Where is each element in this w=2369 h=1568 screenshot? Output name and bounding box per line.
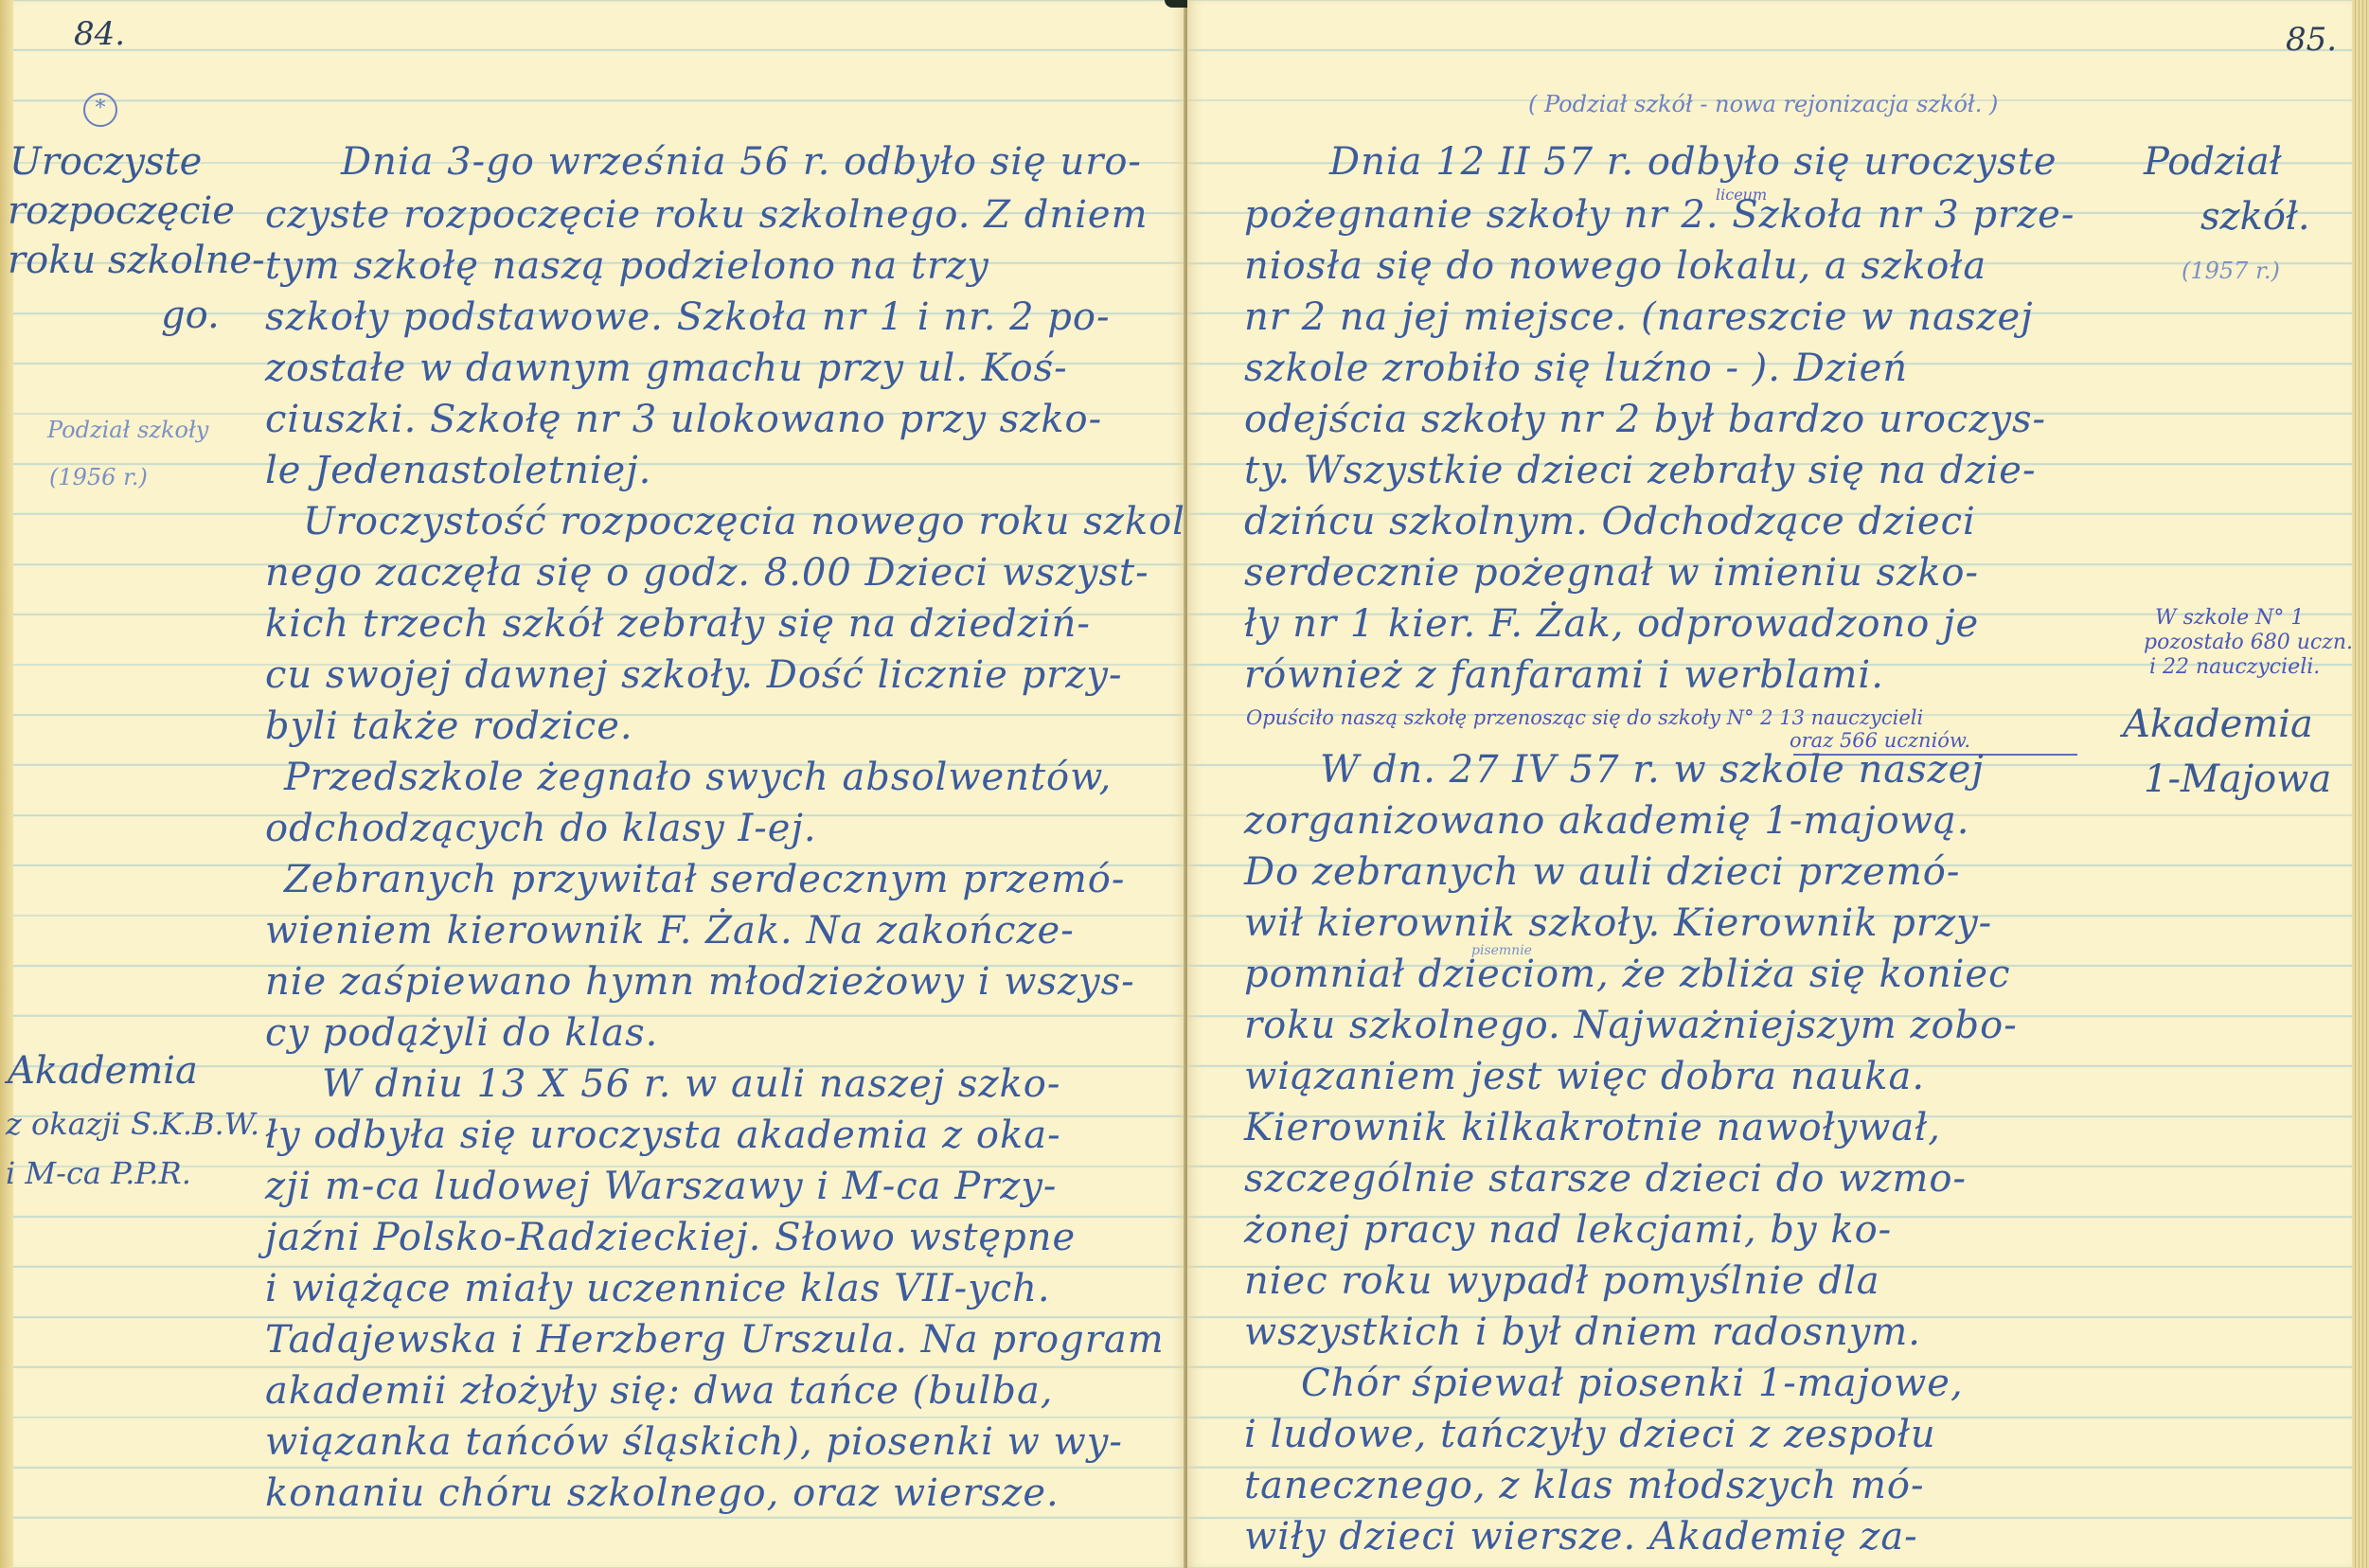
margin-heading-line: i M-ca P.P.R. [6,1155,191,1191]
text-line: cy podążyli do klas. [265,1011,658,1055]
text-line: odchodzących do klasy I-ej. [265,807,817,850]
text-line: wszystkich i był dniem radosnym. [1244,1310,1921,1354]
text-line: Dnia 3-go września 56 r. odbyło się uro- [341,140,1142,184]
text-line: dzińcu szkolnym. Odchodzące dzieci [1244,500,1976,543]
text-line: szczególnie starsze dzieci do wzmo- [1244,1157,1967,1201]
text-line: zji m-ca ludowej Warszawy i M-ca Przy- [265,1165,1057,1208]
text-line: również z fanfarami i werblami. [1244,653,1884,697]
page-number-left: 84. [74,15,125,53]
text-line: szkole zrobiło się luźno - ). Dzień [1244,347,1908,390]
text-line: wiązanka tańców śląskich), piosenki w wy… [265,1420,1123,1464]
text-line: Kierownik kilkakrotnie nawoływał, [1244,1106,1941,1149]
text-line: Chór śpiewał piosenki 1-majowe, [1301,1362,1964,1405]
right-page-edge [2352,0,2369,1568]
text-line: serdecznie pożegnał w imieniu szko- [1244,551,1979,595]
margin-heading-line: rozpoczęcie [8,189,235,233]
text-line: Tadajewska i Herzberg Urszula. Na progra… [265,1318,1165,1362]
text-line: W dniu 13 X 56 r. w auli naszej szko- [322,1062,1060,1106]
margin-heading-line: Podział [2144,140,2282,184]
margin-small-note: W szkole N° 1 [2155,606,2304,630]
text-line: wiły dzieci wiersze. Akademię za- [1244,1515,1918,1559]
text-line: konaniu chóru szkolnego, oraz wiersze. [265,1471,1060,1515]
text-line: Zebranych przywitał serdecznym przemó- [284,858,1125,901]
text-line: niosła się do nowego lokalu, a szkoła [1244,244,1986,288]
circled-asterisk-icon: * [83,93,117,127]
right-page: 85. ( Podział szkół - nowa rejonizacja s… [1187,0,2369,1568]
text-line: żonej pracy nad lekcjami, by ko- [1244,1208,1892,1252]
text-line: roku szkolnego. Najważniejszym zobo- [1244,1004,2018,1047]
text-line: nego zaczęła się o godz. 8.00 Dzieci wsz… [265,551,1149,595]
notebook-spread: 84. * Uroczyste rozpoczęcie roku szkolne… [0,0,2369,1568]
text-line: akademii złożyły się: dwa tańce (bulba, [265,1369,1054,1413]
text-line: i ludowe, tańczyły dzieci z zespołu [1244,1413,1936,1456]
text-line: Do zebranych w auli dzieci przemó- [1244,850,1960,894]
text-line: ciuszki. Szkołę nr 3 ulokowano przy szko… [265,398,1102,441]
margin-heading-line: roku szkolne- [8,239,265,282]
margin-small-note: i 22 nauczycieli. [2149,655,2320,679]
inserted-note: Opuściło naszą szkołę przenosząc się do … [1246,706,1923,729]
text-line: zostałe w dawnym gmachu przy ul. Koś- [265,347,1068,390]
text-line: cu swojej dawnej szkoły. Dość licznie pr… [265,653,1122,697]
text-line: zorganizowano akademię 1-majową. [1244,799,1969,843]
text-line: pożegnanie szkoły nr 2. Szkoła nr 3 prze… [1244,193,2075,237]
margin-heading-line: 1-Majowa [2144,757,2331,801]
text-line: i wiążące miały uczennice klas VII-ych. [265,1267,1051,1310]
left-page: 84. * Uroczyste rozpoczęcie roku szkolne… [0,0,1185,1568]
text-line: Uroczystość rozpoczęcia nowego roku szko… [303,500,1200,543]
text-line: le Jedenastoletniej. [265,449,651,492]
text-line: jaźni Polsko-Radzieckiej. Słowo wstępne [265,1216,1076,1259]
text-line: wił kierownik szkoły. Kierownik przy- [1244,901,1992,945]
text-line: nie zaśpiewano hymn młodzieżowy i wszys- [265,960,1135,1004]
margin-heading-line: Akademia [8,1049,198,1093]
text-line: byli także rodzice. [265,704,633,748]
text-line: tanecznego, z klas młodszych mó- [1244,1464,1924,1507]
margin-heading-line: go. [161,294,220,337]
margin-heading-line: z okazji S.K.B.W. [6,1106,259,1142]
margin-heading-line: Akademia [2123,703,2313,746]
text-line: tym szkołę naszą podzielono na trzy [265,244,989,288]
text-line: czyste rozpoczęcie roku szkolnego. Z dni… [265,193,1149,237]
left-page-edge [0,0,13,1568]
text-line: pomniał dzieciom, że zbliża się koniec [1244,953,2011,996]
margin-heading-line: szkół. [2200,195,2310,239]
text-line: ły nr 1 kier. F. Żak, odprowadzono je [1244,602,1979,646]
margin-faint-note: (1956 r.) [49,464,148,490]
margin-faint-note: (1957 r.) [2182,258,2280,284]
text-line: wieniem kierownik F. Żak. Na zakończe- [265,909,1075,953]
text-line: ły odbyła się uroczysta akademia z oka- [265,1114,1061,1157]
text-line: ty. Wszystkie dzieci zebrały się na dzie… [1244,449,2036,492]
text-line: Dnia 12 II 57 r. odbyło się uroczyste [1329,140,2057,184]
page-number-right: 85. [2286,21,2337,59]
text-line: W dn. 27 IV 57 r. w szkole naszej [1320,748,1985,792]
margin-heading-line: Uroczyste [9,140,202,184]
margin-small-note: pozostało 680 uczn. [2144,631,2353,654]
text-line: kich trzech szkół zebrały się na dziedzi… [265,602,1091,646]
text-line: szkoły podstawowe. Szkoła nr 1 i nr. 2 p… [265,295,1111,339]
text-line: wiązaniem jest więc dobra nauka. [1244,1055,1925,1098]
text-line: niec roku wypadł pomyślnie dla [1244,1259,1880,1303]
text-line: odejścia szkoły nr 2 był bardzo uroczys- [1244,398,2046,441]
text-line: nr 2 na jej miejsce. (nareszcie w naszej [1244,295,2034,339]
margin-faint-note: Podział szkoły [47,417,208,443]
header-note: ( Podział szkół - nowa rejonizacja szkół… [1528,91,1998,117]
text-line: Przedszkole żegnało swych absolwentów, [284,756,1112,799]
